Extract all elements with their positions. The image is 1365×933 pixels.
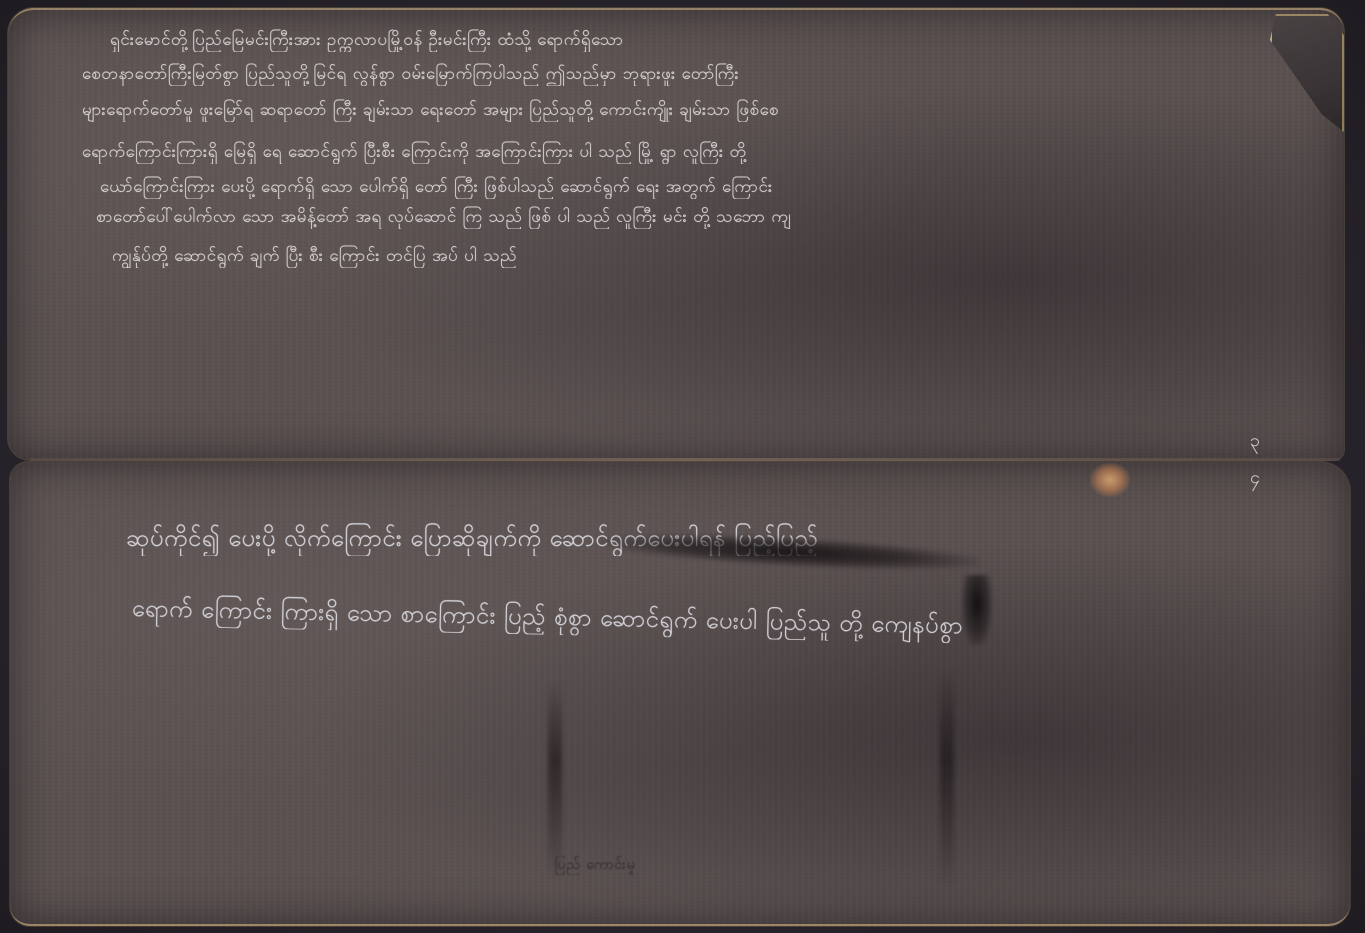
faded-marking: ပြည် ကောင်းမှု [555,855,695,875]
page-number-bottom: ၄ [1250,465,1260,492]
ink-blot [962,575,992,645]
script-line: ရှင်းမောင်တို့ပြည်မြေမင်းကြီးအား ဥက္ကလာပ… [110,28,1270,52]
script-line: များရောက်တော်မူ ဖူးမြော်ရ ဆရာတော် ကြီး ခ… [82,98,1327,122]
dark-streak [940,670,954,890]
fold-crease [30,458,1340,461]
script-line: ယော်ကြောင်းကြား ပေးပို့ ရောက်ရှိ သော ပေါ… [100,175,1315,199]
dark-streak [548,680,562,880]
script-line: ရောက်ကြောင်းကြားရှိ မြေရှိ ရေ ဆောင်ရွက် … [82,140,1327,164]
script-line: ကျွန်ုပ်တို့ ဆောင်ရွက် ချက် ပြီး စီး ကြေ… [112,244,1052,268]
gold-stain [1090,463,1130,497]
script-line: စာတော်ပေါ်ပေါက်လာ သော အမိန့်တော် အရ လုပ်… [96,205,1216,229]
script-line: စေတနာတော်ကြီးမြတ်စွာ ပြည်သူတို့မြင်ရ လွန… [82,62,1272,86]
page-number-top: ၃ [1250,428,1260,455]
